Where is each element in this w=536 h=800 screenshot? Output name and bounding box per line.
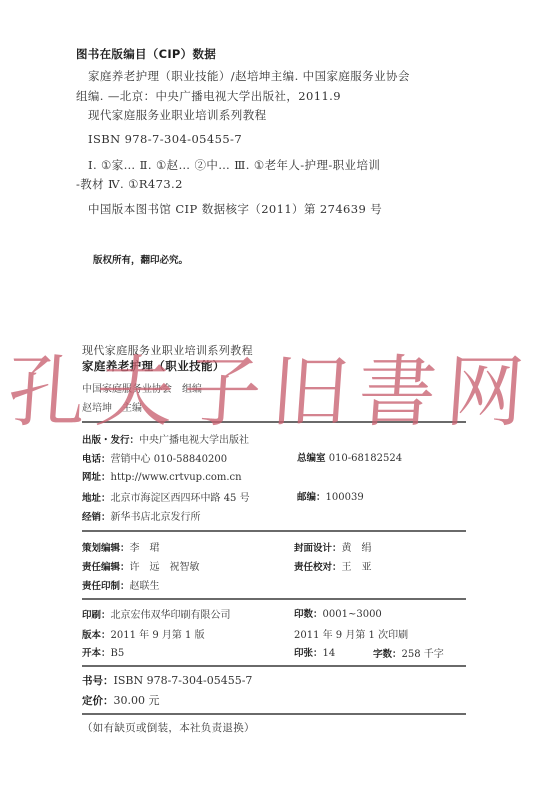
divider — [82, 713, 466, 715]
cip-line: 组编. —北京：中央广播电视大学出版社，2011.9 — [76, 88, 341, 104]
watermark-char: 孔 — [5, 354, 92, 432]
printing: 2011 年 9 月第 1 次印刷 — [294, 626, 408, 641]
website-row: 网址：http://www.crtvup.com.cn — [82, 469, 242, 483]
postcode: 邮编：100039 — [297, 489, 364, 503]
chief-editor: 赵培坤 主编 — [82, 399, 142, 414]
format: 开本：B5 — [82, 645, 124, 659]
cip-line: Ⅰ. ①家… Ⅱ. ①赵… ②中… Ⅲ. ①老年人-护理-职业培训 — [88, 157, 380, 173]
cip-heading: 图书在版编目（CIP）数据 — [76, 46, 216, 62]
series-title: 现代家庭服务业职业培训系列教程 — [82, 342, 253, 358]
phone-row: 电话：营销中心 010-58840200 — [82, 450, 227, 465]
responsible-editor: 责任编辑：许 远 祝智敏 — [82, 558, 200, 573]
cip-line: -教材 Ⅳ. ①R473.2 — [76, 176, 183, 192]
isbn-row: 书号：ISBN 978-7-304-05455-7 — [82, 673, 252, 688]
edition: 版本：2011 年 9 月第 1 版 — [82, 626, 205, 641]
print-run: 印数：0001~3000 — [294, 606, 382, 620]
cip-isbn: ISBN 978-7-304-05455-7 — [88, 132, 242, 146]
print-supervisor: 责任印制：赵联生 — [82, 577, 160, 592]
editorial-phone: 总编室 010-68182524 — [297, 450, 402, 464]
book-title: 家庭养老护理（职业技能） — [82, 358, 225, 374]
return-policy-note: （如有缺页或倒装，本社负责退换） — [82, 720, 255, 735]
printer: 印刷：北京宏伟双华印刷有限公司 — [82, 606, 231, 621]
copyright-notice: 版权所有，翻印必究。 — [93, 252, 188, 266]
cover-design: 封面设计：黄 绢 — [294, 539, 372, 554]
cip-line: 现代家庭服务业职业培训系列教程 — [88, 107, 267, 123]
cip-number: 中国版本图书馆 CIP 数据核字（2011）第 274639 号 — [88, 201, 382, 217]
divider — [82, 665, 466, 667]
price-row: 定价：30.00 元 — [82, 692, 160, 708]
divider — [82, 530, 466, 532]
word-count: 字数：258 千字 — [373, 645, 444, 660]
website-link: http://www.crtvup.com.cn — [111, 472, 242, 483]
address-row: 地址：北京市海淀区西四环中路 45 号 — [82, 489, 250, 504]
publisher-row: 出版・发行：中央广播电视大学出版社 — [82, 431, 249, 446]
divider — [82, 598, 466, 600]
cip-line: 家庭养老护理（职业技能）/赵培坤主编. 中国家庭服务业协会 — [88, 68, 410, 84]
copyright-page: 图书在版编目（CIP）数据 家庭养老护理（职业技能）/赵培坤主编. 中国家庭服务… — [0, 0, 536, 800]
sheets: 印张：14 — [294, 645, 335, 659]
distributor-row: 经销：新华书店北京发行所 — [82, 508, 201, 523]
planning-editor: 策划编辑：李 珺 — [82, 539, 160, 554]
organizer: 中国家庭服务业协会 组编 — [82, 380, 202, 395]
divider — [82, 421, 466, 423]
proofreader: 责任校对：王 亚 — [294, 558, 372, 573]
